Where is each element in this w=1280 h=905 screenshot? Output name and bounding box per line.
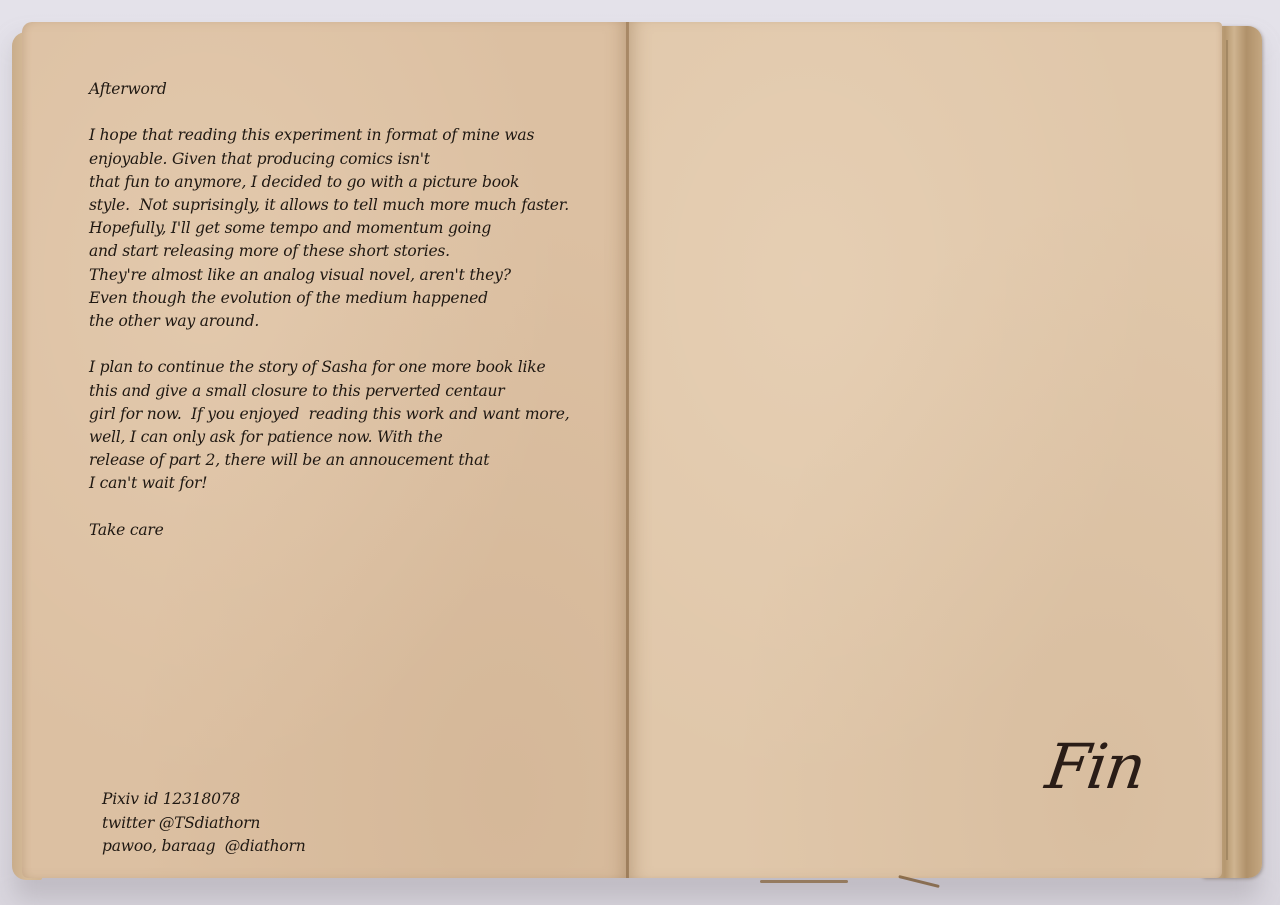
credit-pawoo-baraag: pawoo, baraag @diathorn (102, 835, 402, 859)
paragraph2-line: girl for now. If you enjoyed reading thi… (89, 403, 629, 426)
credit-pixiv: Pixiv id 12318078 (102, 788, 402, 812)
spacer (89, 333, 629, 356)
paragraph1-line: Hopefully, I'll get some tempo and momen… (89, 217, 629, 240)
paragraph2-line: I plan to continue the story of Sasha fo… (89, 356, 629, 379)
paragraph2-line: well, I can only ask for patience now. W… (89, 426, 629, 449)
fin-title: Fin (1014, 722, 1177, 812)
paragraph2-line: release of part 2, there will be an anno… (89, 449, 629, 472)
paragraph1-line: I hope that reading this experiment in f… (89, 124, 629, 147)
spacer (89, 101, 629, 124)
spacer (89, 496, 629, 519)
credit-twitter: twitter @TSdiathorn (102, 812, 402, 836)
paragraph1-line: style. Not suprisingly, it allows to tel… (89, 194, 629, 217)
signoff: Take care (89, 519, 629, 542)
bookmark-ribbon-edge (760, 880, 848, 883)
paragraph1-line: enjoyable. Given that producing comics i… (89, 148, 629, 171)
paragraph1-line: and start releasing more of these short … (89, 240, 629, 263)
author-credits: Pixiv id 12318078 twitter @TSdiathorn pa… (102, 788, 402, 859)
left-page: Afterword I hope that reading this exper… (22, 22, 628, 878)
afterword-heading: Afterword (89, 78, 629, 101)
afterword-text: Afterword I hope that reading this exper… (89, 78, 629, 542)
paragraph1-line: They're almost like an analog visual nov… (89, 264, 629, 287)
book-gutter (626, 22, 629, 878)
paragraph2-line: I can't wait for! (89, 472, 629, 495)
paragraph1-line: that fun to anymore, I decided to go wit… (89, 171, 629, 194)
right-page: Fin (628, 22, 1222, 878)
open-book-scene: Afterword I hope that reading this exper… (0, 0, 1280, 905)
paragraph1-line: the other way around. (89, 310, 629, 333)
paragraph2-line: this and give a small closure to this pe… (89, 380, 629, 403)
paragraph1-line: Even though the evolution of the medium … (89, 287, 629, 310)
